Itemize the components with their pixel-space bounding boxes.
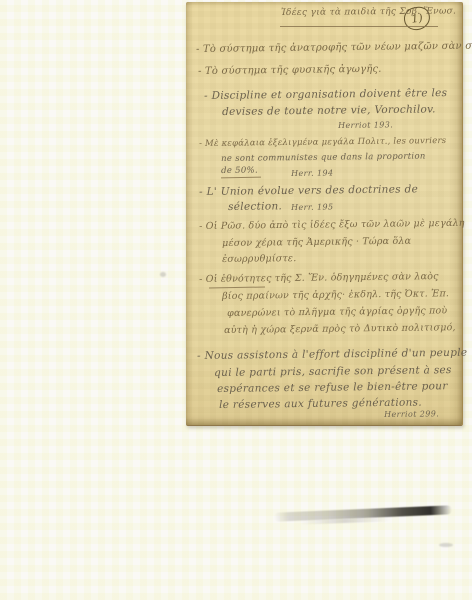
scanned-note-page: 1) Ἰδέες γιὰ τὰ παιδιὰ τῆς Σοβ. Ἕνωσ. - … (0, 0, 472, 600)
note-line: le réserves aux futures générations. (219, 397, 422, 411)
citation: Herriot 193. (338, 120, 393, 130)
note-line: μέσον χέρια τῆς Ἀμερικῆς · Τώρα ὅλα (222, 236, 411, 249)
scan-speck (439, 543, 453, 547)
citation: Herriot 299. (384, 409, 439, 419)
note-line: ἐσωρρυθμίστε. (222, 253, 296, 265)
note-line: - Τὸ σύστημα τῆς φυσικῆς ἀγωγῆς. (198, 64, 382, 77)
citation: Herr. 195 (291, 202, 334, 212)
note-line: sélection. (228, 200, 282, 213)
note-title: Ἰδέες γιὰ τὰ παιδιὰ τῆς Σοβ. Ἕνωσ. (281, 6, 456, 18)
title-underline (280, 26, 438, 27)
scan-speck (160, 272, 166, 277)
citation: Herr. 194 (291, 168, 334, 178)
note-line: de 50%. (221, 166, 258, 176)
